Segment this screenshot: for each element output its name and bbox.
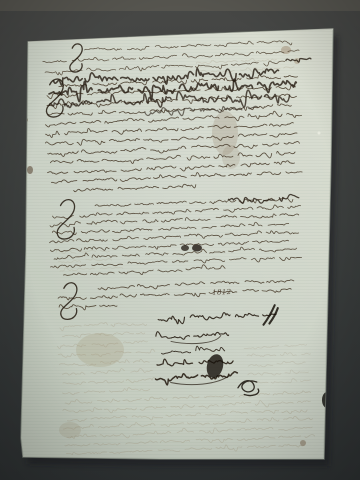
photo-vignette: [0, 0, 360, 480]
manuscript-photo: 1812: [0, 0, 360, 480]
photo-backdrop: 1812: [0, 0, 360, 480]
